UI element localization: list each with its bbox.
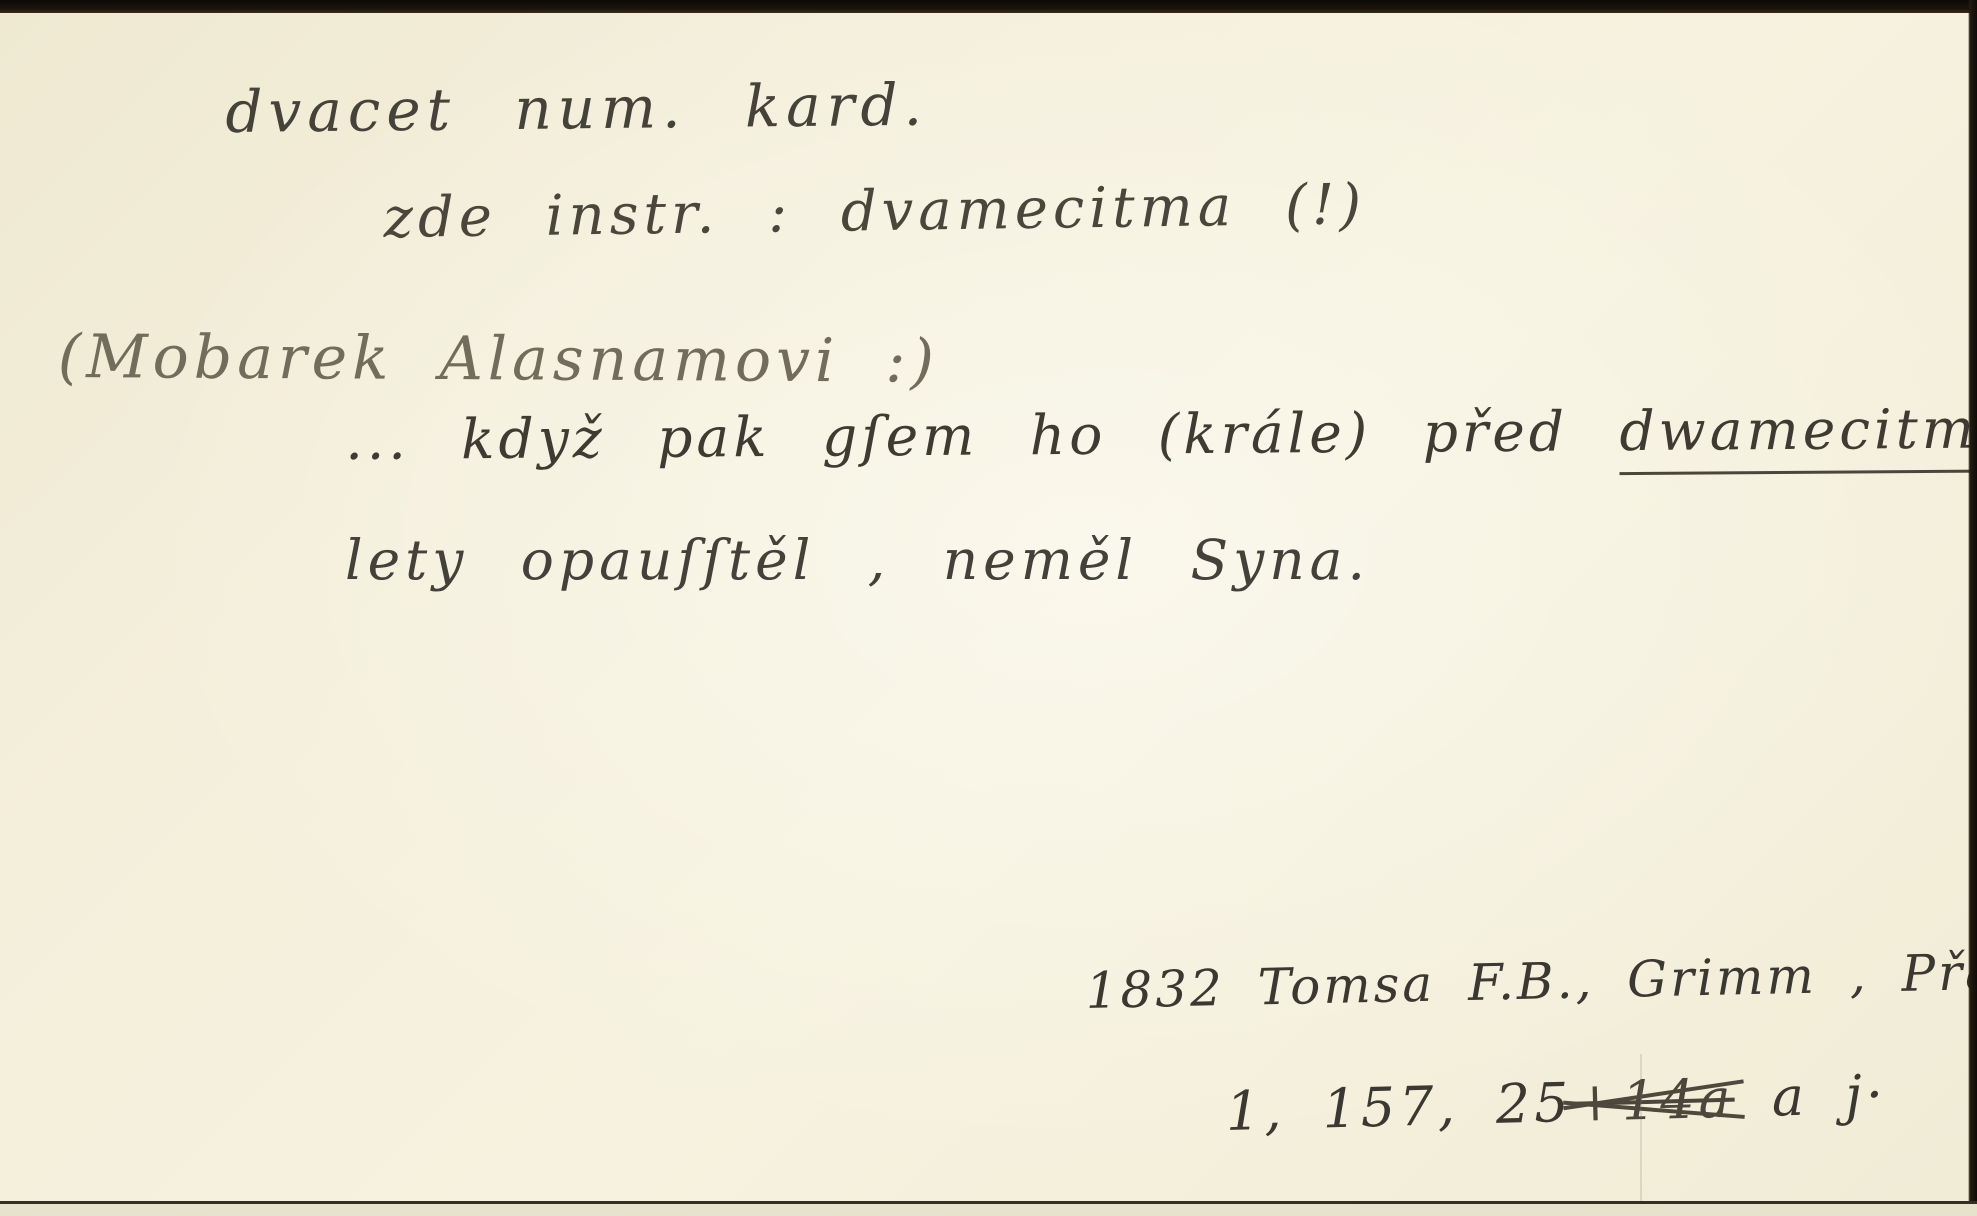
citation-ref-struck-out: +14a	[1572, 1067, 1736, 1134]
citation-ref-numbers: 1, 157, 25	[1225, 1071, 1573, 1143]
index-card: dvacet num. kard. zde instr. : dvamecitm…	[0, 0, 1977, 1216]
citation-ref-suffix: a j·	[1734, 1063, 1888, 1130]
citation-source-line: 1832 Tomsa F.B., Grimm , Přástevnice	[1085, 938, 1977, 1020]
card-right-edge	[1968, 0, 1977, 1216]
subheading-line: zde instr. : dvamecitma (!)	[383, 172, 1367, 251]
quote-line-2: lety opauſſtěl , neměl Syna.	[345, 528, 1370, 592]
attribution-line: (Mobarek Alasnamovi :)	[58, 322, 939, 397]
card-top-edge	[0, 0, 1977, 13]
quote-underlined-word: dwamecitma	[1619, 396, 1977, 475]
card-bottom-edge	[0, 1201, 1977, 1216]
citation-reference-line: 1, 157, 25+14a a j·	[1225, 1063, 1888, 1143]
quote-line-1-pre: ... když pak gſem ho (krále) před	[345, 399, 1620, 472]
paper-crease	[1640, 1054, 1642, 1204]
heading-line: dvacet num. kard.	[225, 71, 928, 146]
quote-line-1: ... když pak gſem ho (krále) před dwamec…	[345, 395, 1977, 472]
